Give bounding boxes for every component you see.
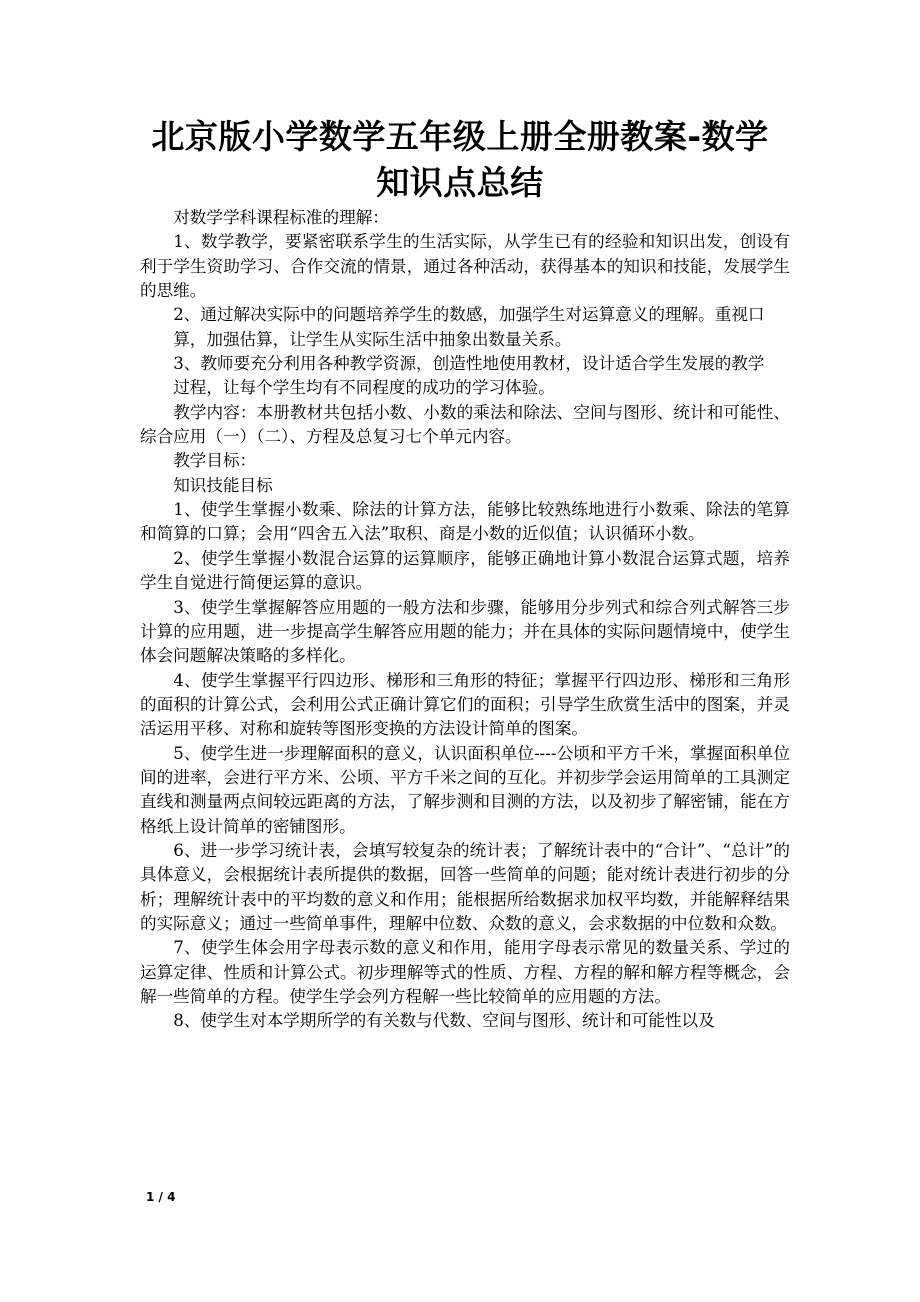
paragraph-goal-3: 3、使学生掌握解答应用题的一般方法和步骤，能够用分步列式和综合列式解答三步计算的… [140, 596, 790, 669]
paragraph-goal-8: 8、使学生对本学期所学的有关数与代数、空间与图形、统计和可能性以及 [140, 1009, 790, 1033]
heading-knowledge-skill-goals: 知识技能目标 [140, 474, 790, 498]
paragraph-point-2: 2、通过解决实际中的问题培养学生的数感，加强学生对运算意义的理解。重视口 [140, 303, 790, 327]
document-title: 北京版小学数学五年级上册全册教案-数学 知识点总结 [130, 114, 790, 206]
paragraph-goal-7: 7、使学生体会用字母表示数的意义和作用，能用字母表示常见的数量关系、学过的运算定… [140, 936, 790, 1009]
heading-teaching-goals: 教学目标： [140, 449, 790, 473]
paragraph-point-3-cont: 过程，让每个学生均有不同程度的成功的学习体验。 [140, 376, 790, 400]
page-indicator: 1 / 4 [146, 1190, 175, 1204]
document-body: 对数学学科课程标准的理解： 1、数学教学，要紧密联系学生的生活实际，从学生已有的… [140, 206, 790, 1034]
paragraph-point-3: 3、教师要充分利用各种教学资源，创造性地使用教材，设计适合学生发展的教学 [140, 352, 790, 376]
paragraph-teaching-content: 教学内容：本册教材共包括小数、小数的乘法和除法、空间与图形、统计和可能性、综合应… [140, 401, 790, 450]
paragraph-goal-4: 4、使学生掌握平行四边形、梯形和三角形的特征；掌握平行四边形、梯形和三角形的面积… [140, 669, 790, 742]
paragraph-goal-5: 5、使学生进一步理解面积的意义，认识面积单位----公顷和平方千米，掌握面积单位… [140, 742, 790, 839]
paragraph-goal-2: 2、使学生掌握小数混合运算的运算顺序，能够正确地计算小数混合运算式题，培养学生自… [140, 547, 790, 596]
paragraph-curriculum-understanding: 对数学学科课程标准的理解： [140, 206, 790, 230]
title-line-1: 北京版小学数学五年级上册全册教案-数学 [151, 117, 768, 156]
paragraph-goal-1: 1、使学生掌握小数乘、除法的计算方法，能够比较熟练地进行小数乘、除法的笔算和简算… [140, 498, 790, 547]
paragraph-point-1: 1、数学教学，要紧密联系学生的生活实际，从学生已有的经验和知识出发，创设有利于学… [140, 230, 790, 303]
title-line-2: 知识点总结 [376, 163, 544, 202]
paragraph-point-2-cont: 算，加强估算，让学生从实际生活中抽象出数量关系。 [140, 328, 790, 352]
paragraph-goal-6: 6、进一步学习统计表，会填写较复杂的统计表；了解统计表中的“合计”、“总计”的具… [140, 839, 790, 936]
document-page: 北京版小学数学五年级上册全册教案-数学 知识点总结 对数学学科课程标准的理解： … [0, 0, 920, 1302]
